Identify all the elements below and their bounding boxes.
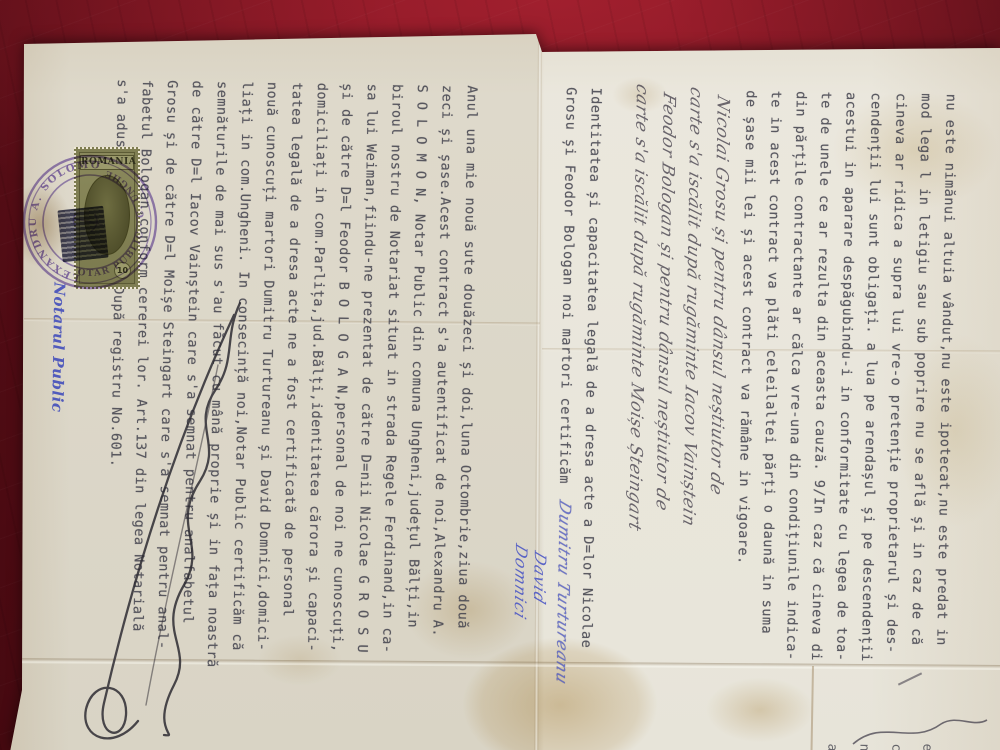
witness-signature: Dumitru Turtureanu [553, 498, 575, 689]
carryover-paragraph: nu este nimănui altuia vândut,nu este ip… [728, 82, 963, 672]
notary-signature [28, 285, 268, 750]
handwritten-attestation: Nicolai Grosu și pentru dânsul neștiutor… [618, 80, 736, 668]
cut-letter: n [856, 743, 871, 750]
witness-signature: David Domnici [510, 541, 550, 671]
under-sheet-edge [810, 666, 814, 750]
photograph-of-document: nu este nimănui altuia vândut,nu este ip… [0, 0, 1000, 750]
cut-letter: a [824, 743, 839, 750]
cut-off-text-fragments: a n c e [828, 740, 931, 750]
cut-letter: c [888, 743, 903, 750]
notary-round-seal: ALEXANDRU A. SOLOMON NOTAR PUBLIC · C. U… [15, 147, 165, 297]
witness-certification: Identitatea și capacitatea legală de a d… [507, 78, 608, 665]
cut-letter: e [920, 743, 935, 750]
